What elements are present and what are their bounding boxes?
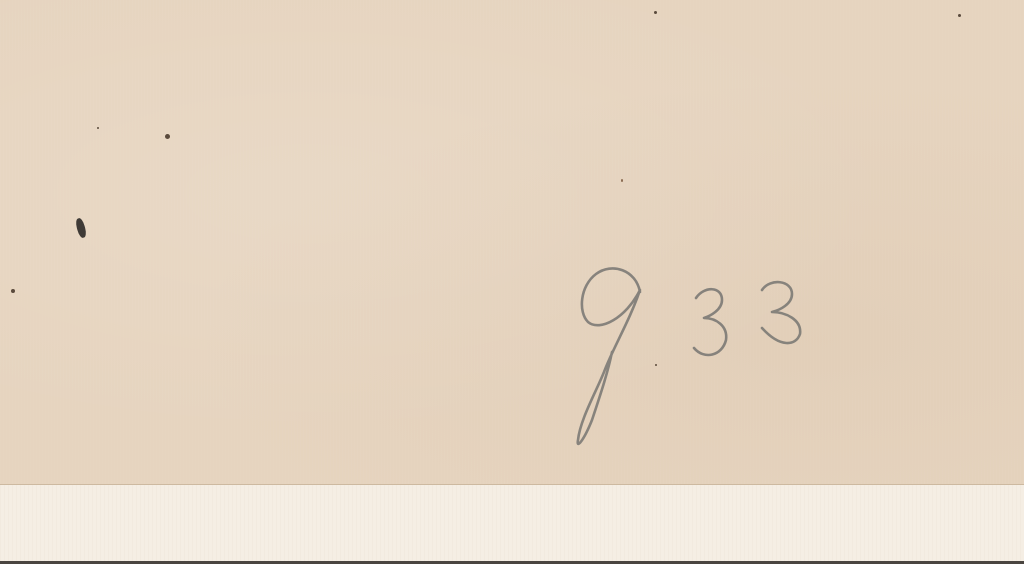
ink-speck xyxy=(11,289,15,293)
paper-sheet xyxy=(0,0,1024,485)
ink-speck xyxy=(621,179,623,182)
ink-speck xyxy=(97,127,99,129)
ink-speck xyxy=(75,217,88,238)
mount-board xyxy=(0,485,1024,561)
handwritten-annotation: 933 xyxy=(575,270,815,450)
ink-speck xyxy=(654,11,657,14)
ink-speck xyxy=(165,134,170,139)
ink-speck xyxy=(958,14,961,17)
